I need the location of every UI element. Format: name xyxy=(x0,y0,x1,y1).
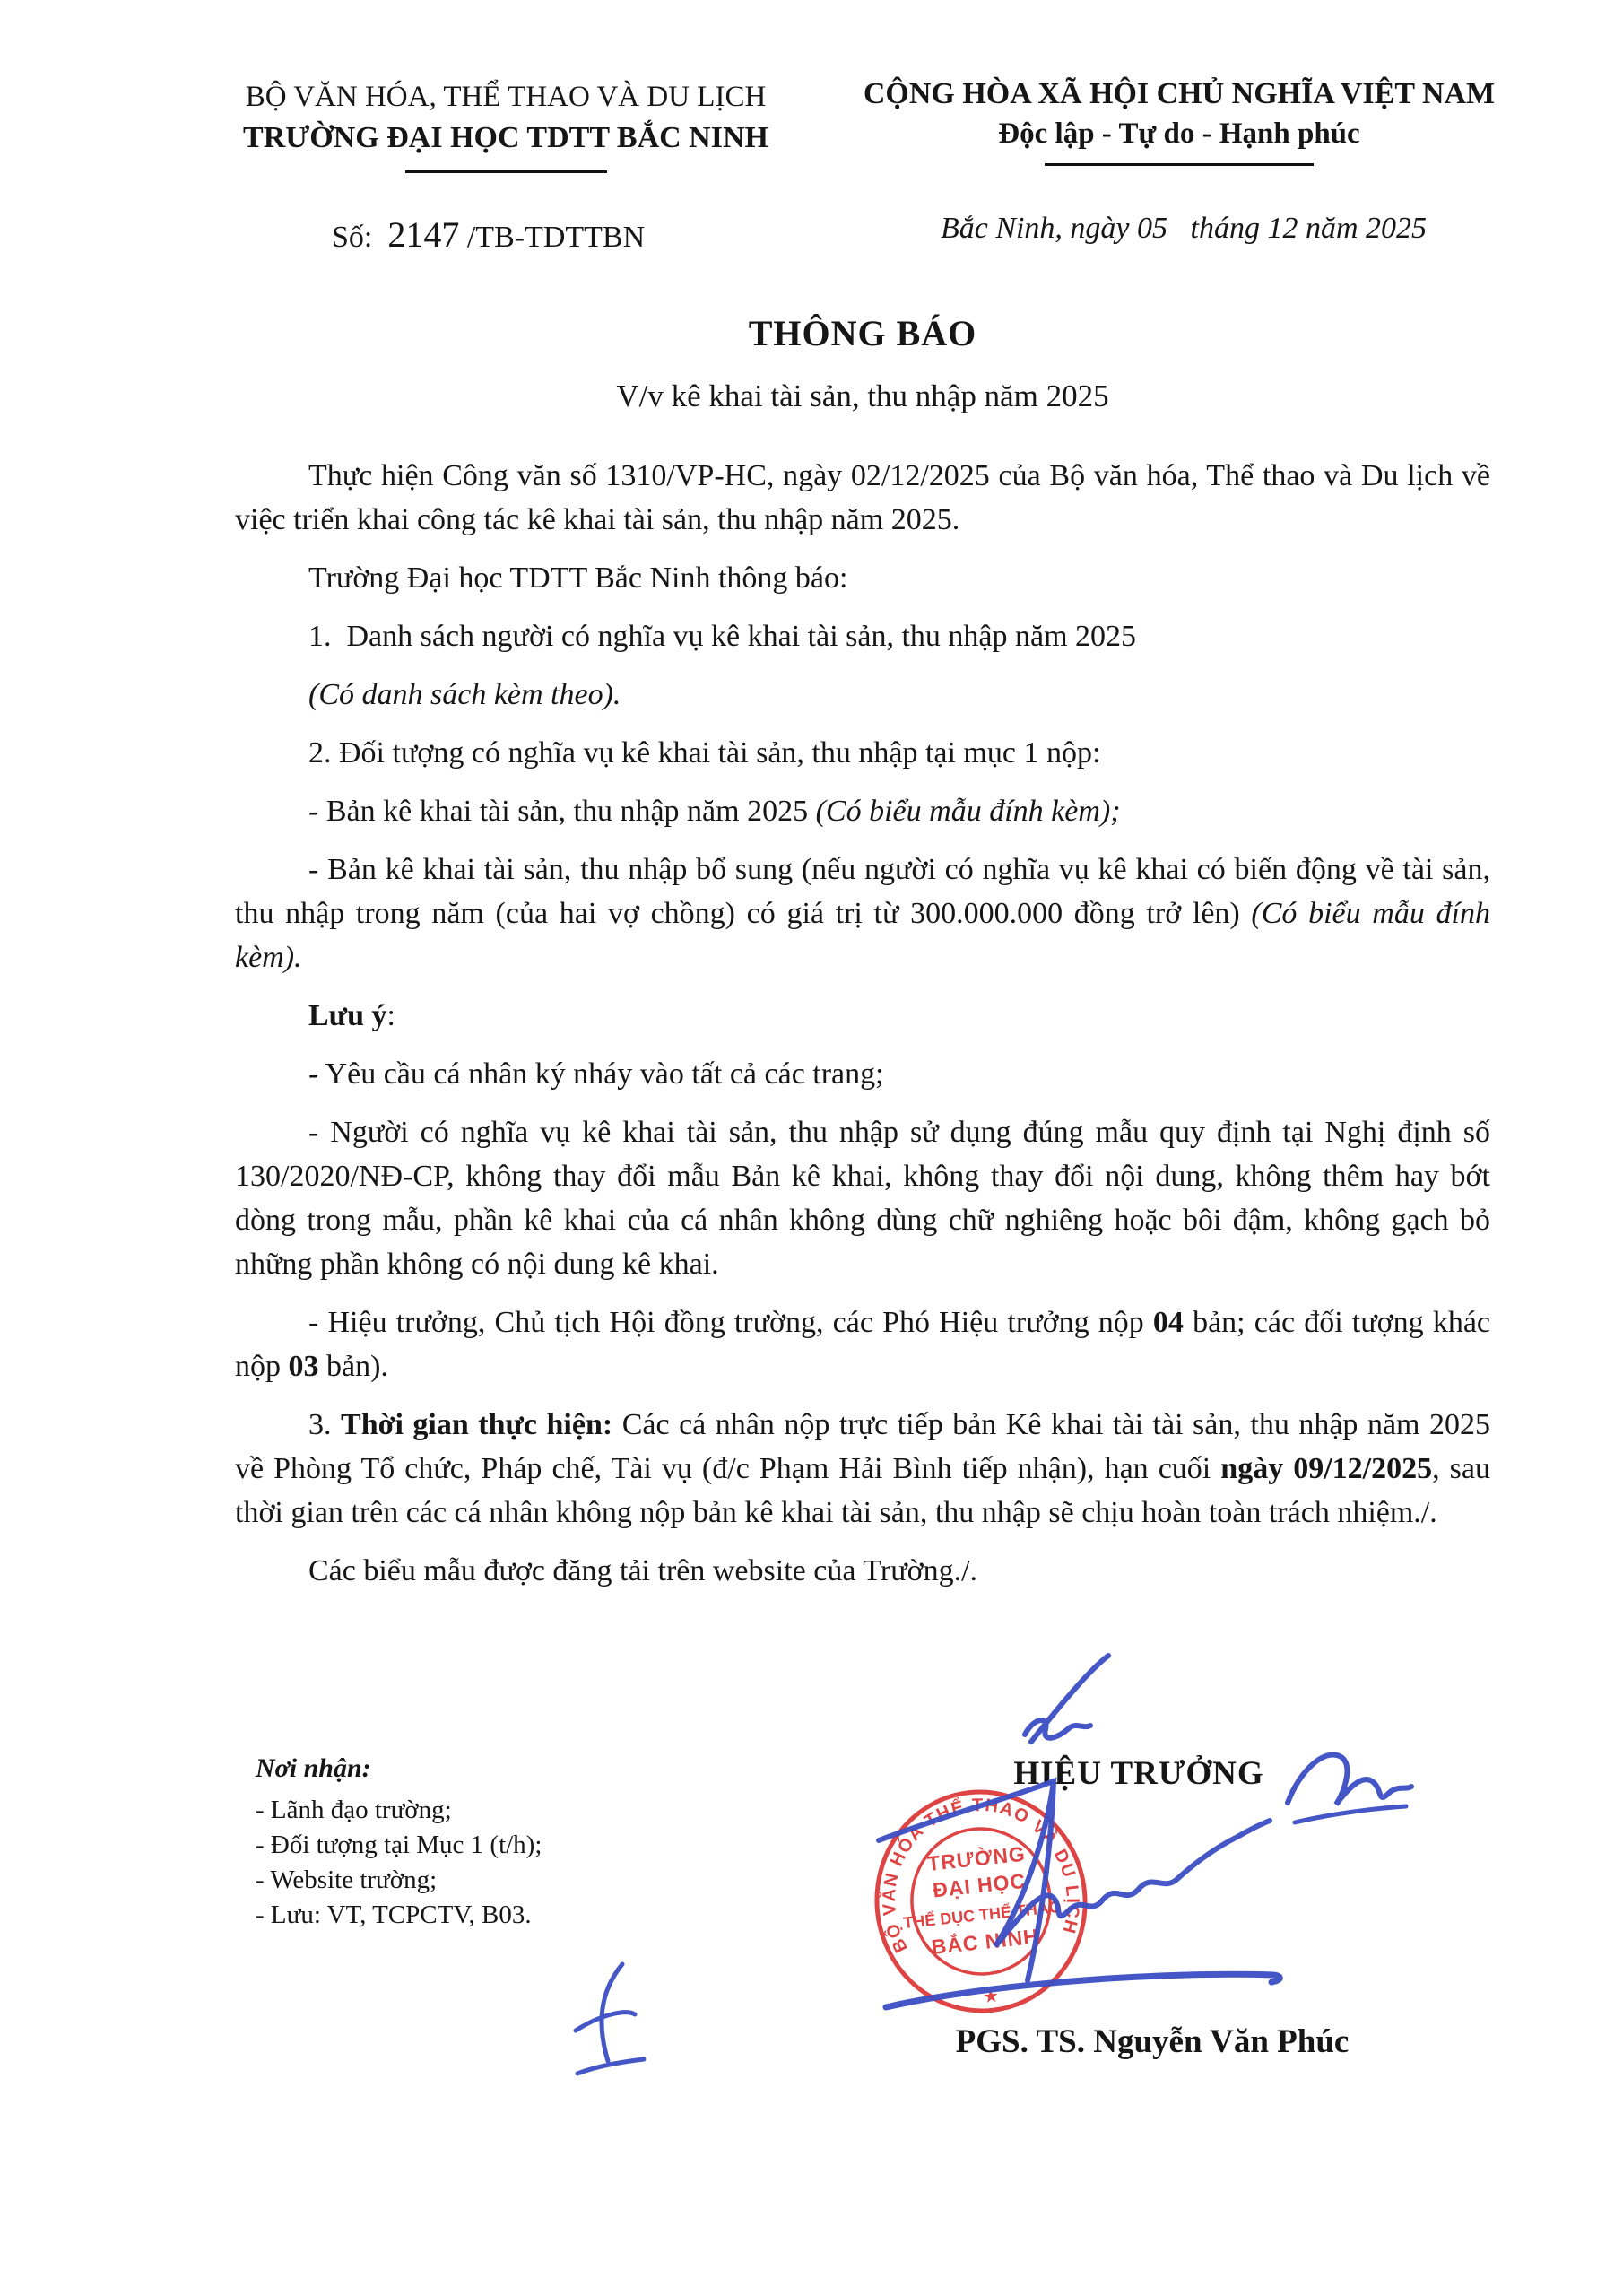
pen-flourish-after-body xyxy=(1031,1656,1108,1742)
recipient-item: - Lưu: VT, TCPCTV, B03. xyxy=(256,1898,758,1933)
doc-number-prefix: Số: xyxy=(332,221,387,254)
recipient-item: - Website trường; xyxy=(256,1863,758,1898)
text-run: - Hiệu trưởng, Chủ tịch Hội đồng trường,… xyxy=(308,1306,1153,1339)
text-run: Lưu ý xyxy=(308,999,387,1032)
doc-number-suffix: /TB-TDTTBN xyxy=(459,221,645,254)
body-paragraph: - Bản kê khai tài sản, thu nhập năm 2025… xyxy=(235,789,1490,833)
recipients-list: - Lãnh đạo trường;- Đối tượng tại Mục 1 … xyxy=(256,1793,758,1933)
recipients-block: Nơi nhận: - Lãnh đạo trường;- Đối tượng … xyxy=(256,1751,758,1933)
country-name: CỘNG HÒA XÃ HỘI CHỦ NGHĨA VIỆT NAM xyxy=(834,74,1524,114)
text-run: 03 xyxy=(289,1350,319,1383)
recipient-item: - Lãnh đạo trường; xyxy=(256,1793,758,1828)
document-page: BỘ VĂN HÓA, THỂ THAO VÀ DU LỊCH TRƯỜNG Đ… xyxy=(0,0,1623,2296)
body-paragraph: Trường Đại học TDTT Bắc Ninh thông báo: xyxy=(235,556,1490,600)
text-run: 04 xyxy=(1153,1306,1184,1339)
body-paragraph: Các biểu mẫu được đăng tải trên website … xyxy=(235,1549,1490,1593)
national-motto-block: CỘNG HÒA XÃ HỘI CHỦ NGHĨA VIỆT NAM Độc l… xyxy=(834,74,1524,166)
recipients-title: Nơi nhận: xyxy=(256,1751,758,1786)
body-paragraph: - Hiệu trưởng, Chủ tịch Hội đồng trường,… xyxy=(235,1300,1490,1388)
initials-underline xyxy=(1295,1806,1406,1822)
text-run: (Có biểu mẫu đính kèm); xyxy=(816,795,1121,828)
signer-name: PGS. TS. Nguyễn Văn Phúc xyxy=(883,2022,1421,2061)
text-run: 1. Danh sách người có nghĩa vụ kê khai t… xyxy=(308,620,1136,653)
body-paragraph: - Yêu cầu cá nhân ký nháy vào tất cả các… xyxy=(235,1052,1490,1096)
text-run: Trường Đại học TDTT Bắc Ninh thông báo: xyxy=(308,561,847,595)
right-header-rule xyxy=(1045,163,1314,166)
body-paragraph: - Bản kê khai tài sản, thu nhập bổ sung … xyxy=(235,848,1490,979)
doc-number-value: 2147 xyxy=(387,214,459,255)
clerk-checkmark-dash xyxy=(577,2059,644,2074)
text-run: 3. xyxy=(308,1408,341,1441)
body-paragraph: (Có danh sách kèm theo). xyxy=(235,673,1490,717)
text-run: bản). xyxy=(319,1350,388,1383)
text-run: 2. Đối tượng có nghĩa vụ kê khai tài sản… xyxy=(308,736,1100,770)
clerk-checkmark-stroke1 xyxy=(602,1964,622,2061)
stamp-star-icon: ★ xyxy=(982,1987,1000,2008)
text-run: - Bản kê khai tài sản, thu nhập năm 2025 xyxy=(308,795,816,828)
place-date-line: Bắc Ninh, ngày 05 tháng 12 năm 2025 xyxy=(897,212,1471,246)
body-paragraph: Thực hiện Công văn số 1310/VP-HC, ngày 0… xyxy=(235,454,1490,542)
stamp-outer-ring xyxy=(866,1782,1096,2022)
document-title: THÔNG BÁO xyxy=(235,312,1490,354)
parent-agency-name: BỘ VĂN HÓA, THỂ THAO VÀ DU LỊCH xyxy=(192,77,820,117)
body-paragraph: Lưu ý: xyxy=(235,994,1490,1038)
body-paragraph: - Người có nghĩa vụ kê khai tài sản, thu… xyxy=(235,1110,1490,1286)
text-run: Thực hiện Công văn số 1310/VP-HC, ngày 0… xyxy=(235,459,1498,536)
text-run: : xyxy=(387,999,395,1032)
national-motto: Độc lập - Tự do - Hạnh phúc xyxy=(834,114,1524,154)
text-run: - Yêu cầu cá nhân ký nháy vào tất cả các… xyxy=(308,1057,884,1091)
document-subject: V/v kê khai tài sản, thu nhập năm 2025 xyxy=(235,378,1490,414)
body: Thực hiện Công văn số 1310/VP-HC, ngày 0… xyxy=(235,454,1490,1593)
text-run: ngày 09/12/2025 xyxy=(1220,1452,1432,1485)
recipient-item: - Đối tượng tại Mục 1 (t/h); xyxy=(256,1828,758,1863)
issuing-agency-block: BỘ VĂN HÓA, THỂ THAO VÀ DU LỊCH TRƯỜNG Đ… xyxy=(192,77,820,173)
pen-flourish-after-body-loop xyxy=(1025,1720,1090,1738)
university-name: TRƯỜNG ĐẠI HỌC TDTT BẮC NINH xyxy=(192,117,820,158)
official-red-stamp: BỘ VĂN HÓA THỂ THAO VÀ DU LỊCH TRƯỜNG ĐẠ… xyxy=(860,1776,1101,2027)
text-run: (Có danh sách kèm theo). xyxy=(308,678,621,711)
clerk-checkmark-stroke2 xyxy=(576,2013,635,2031)
text-run: Các biểu mẫu được đăng tải trên website … xyxy=(308,1554,977,1587)
stamp-center-line-4: BẮC NINH xyxy=(930,1924,1040,1959)
text-run: - Người có nghĩa vụ kê khai tài sản, thu… xyxy=(235,1116,1498,1281)
body-paragraph: 2. Đối tượng có nghĩa vụ kê khai tài sản… xyxy=(235,731,1490,775)
text-run: Thời gian thực hiện: xyxy=(341,1408,612,1441)
document-number: Số: 2147 /TB-TDTTBN xyxy=(332,213,645,256)
body-paragraph: 1. Danh sách người có nghĩa vụ kê khai t… xyxy=(235,614,1490,658)
stamp-center-line-3: THỂ DỤC THỂ THAO xyxy=(902,1897,1062,1932)
left-header-rule xyxy=(405,170,607,173)
stamp-center-line-2: ĐẠI HỌC xyxy=(932,1869,1027,1902)
body-paragraph: 3. Thời gian thực hiện: Các cá nhân nộp … xyxy=(235,1403,1490,1535)
